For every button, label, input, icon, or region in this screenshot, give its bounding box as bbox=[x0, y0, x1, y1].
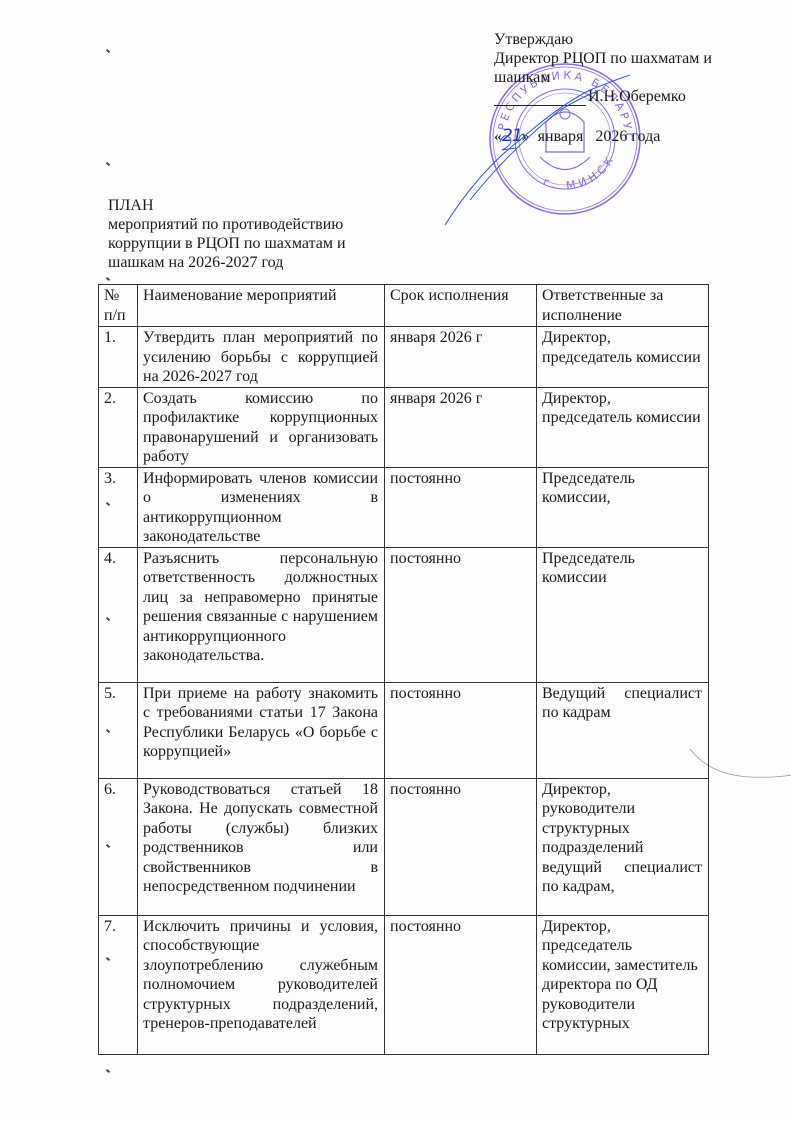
table-row: 3.Информировать членов комиссии о измене… bbox=[99, 467, 709, 547]
plan-title-block: ПЛАН мероприятий по противодействию корр… bbox=[108, 196, 408, 272]
cell-num: 2. bbox=[99, 387, 138, 467]
quote-open: « bbox=[494, 128, 502, 145]
approval-position: Директор РЦОП по шахматам и bbox=[494, 49, 784, 68]
cell-num: 3. bbox=[99, 467, 138, 547]
svg-text:г. МИНСК: г. МИНСК bbox=[542, 152, 619, 193]
header-num: № п/п bbox=[99, 285, 138, 327]
date-day: 21 bbox=[502, 126, 522, 146]
cell-term: января 2026 г bbox=[385, 327, 537, 388]
cell-responsible: Директор, председатель комиссии bbox=[537, 387, 709, 467]
cell-name: При приеме на работу знакомить с требова… bbox=[138, 682, 385, 778]
plan-subtitle-2: коррупции в РЦОП по шахматам и bbox=[108, 234, 408, 253]
cell-name: Разъяснить персональную ответственность … bbox=[138, 547, 385, 682]
cell-term: постоянно bbox=[385, 467, 537, 547]
cell-responsible: Председатель комиссии bbox=[537, 547, 709, 682]
cell-name: Руководствоваться статьей 18 Закона. Не … bbox=[138, 778, 385, 915]
table-row: 1.Утвердить план мероприятий по усилению… bbox=[99, 327, 709, 388]
approval-heading: Утверждаю bbox=[494, 30, 784, 49]
scan-mark bbox=[106, 162, 110, 166]
cell-term: постоянно bbox=[385, 682, 537, 778]
cell-name: Информировать членов комиссии о изменени… bbox=[138, 467, 385, 547]
header-name: Наименование мероприятий bbox=[138, 285, 385, 327]
date-year: 2026 года bbox=[595, 128, 660, 145]
table-row: 5.При приеме на работу знакомить с требо… bbox=[99, 682, 709, 778]
measures-table: № п/п Наименование мероприятий Срок испо… bbox=[98, 284, 709, 1055]
scan-mark bbox=[106, 49, 110, 53]
approval-date: «21» января 2026 года bbox=[494, 127, 784, 146]
cell-responsible: Директор, руководители структурных подра… bbox=[537, 778, 709, 915]
signature-line: И.Н.Оберемко bbox=[494, 87, 784, 106]
cell-num: 4. bbox=[99, 547, 138, 682]
table-row: 2.Создать комиссию по профилактике корру… bbox=[99, 387, 709, 467]
signer-name: И.Н.Оберемко bbox=[588, 87, 686, 106]
table-row: 4.Разъяснить персональную ответственност… bbox=[99, 547, 709, 682]
cell-num: 1. bbox=[99, 327, 138, 388]
header-term: Срок исполнения bbox=[385, 285, 537, 327]
cell-name: Утвердить план мероприятий по усилению б… bbox=[138, 327, 385, 388]
cell-term: января 2026 г bbox=[385, 387, 537, 467]
cell-term: постоянно bbox=[385, 547, 537, 682]
table-row: 6.Руководствоваться статьей 18 Закона. Н… bbox=[99, 778, 709, 915]
cell-responsible: Председатель комиссии, bbox=[537, 467, 709, 547]
plan-subtitle-1: мероприятий по противодействию bbox=[108, 215, 408, 234]
cell-responsible: Директор, председатель комиссии bbox=[537, 327, 709, 388]
plan-subtitle-3: шашкам на 2026-2027 год bbox=[108, 253, 408, 272]
signature-underline bbox=[494, 90, 586, 106]
approval-block: Утверждаю Директор РЦОП по шахматам и ша… bbox=[494, 30, 784, 146]
cell-num: 5. bbox=[99, 682, 138, 778]
quote-close: » bbox=[522, 128, 530, 145]
plan-title: ПЛАН bbox=[108, 196, 408, 215]
cell-num: 6. bbox=[99, 778, 138, 915]
header-responsible: Ответственные за исполнение bbox=[537, 285, 709, 327]
table-row: 7.Исключить причины и условия, способств… bbox=[99, 915, 709, 1054]
table-header-row: № п/п Наименование мероприятий Срок испо… bbox=[99, 285, 709, 327]
stamp-bottom-text: г. МИНСК bbox=[542, 152, 619, 193]
cell-responsible: Директор, председатель комиссии, замести… bbox=[537, 915, 709, 1054]
approval-position-cont: шашкам bbox=[494, 68, 784, 87]
scan-mark bbox=[106, 1069, 110, 1073]
cell-term: постоянно bbox=[385, 915, 537, 1054]
cell-name: Создать комиссию по профилактике коррупц… bbox=[138, 387, 385, 467]
cell-name: Исключить причины и условия, способствую… bbox=[138, 915, 385, 1054]
scan-mark bbox=[106, 277, 110, 281]
date-month: января bbox=[538, 128, 584, 145]
cell-responsible: Ведущий специалист по кадрам bbox=[537, 682, 709, 778]
cell-num: 7. bbox=[99, 915, 138, 1054]
cell-term: постоянно bbox=[385, 778, 537, 915]
